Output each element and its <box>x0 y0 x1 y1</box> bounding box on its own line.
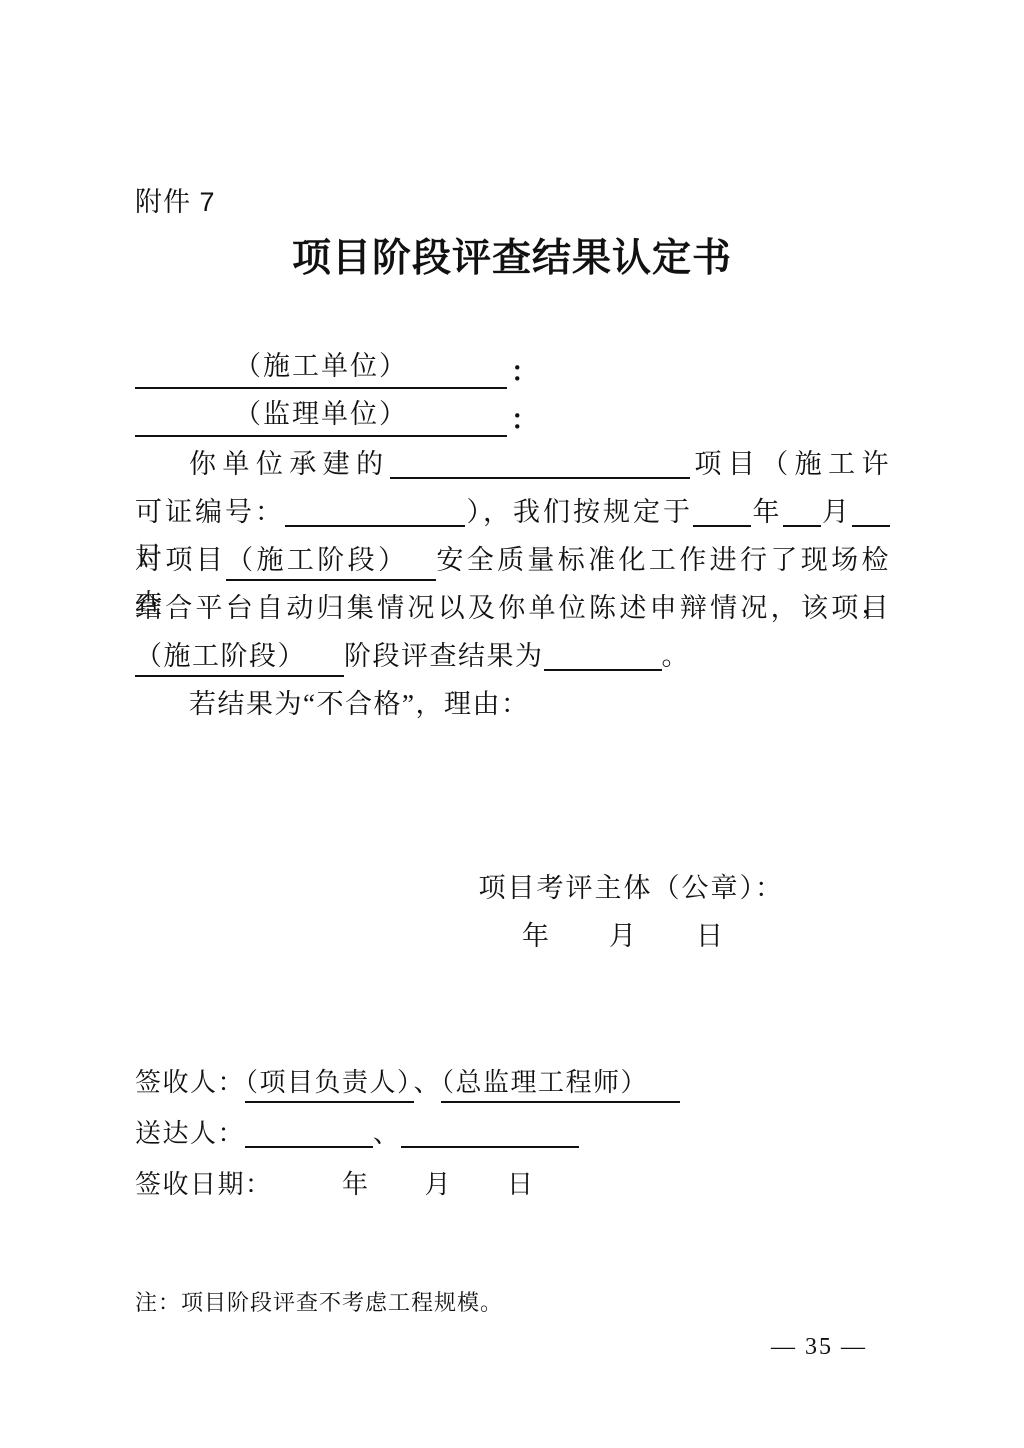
text-run: 你单位承建的 <box>189 449 390 479</box>
text-run: 、 <box>414 1068 442 1097</box>
text-run: 送达人： <box>135 1119 245 1148</box>
document-page: 附件 7 项目阶段评查结果认定书 （施工单位）： （监理单位）： 你单位承建的项… <box>0 0 1024 1448</box>
text-run: 可证编号： <box>135 497 285 527</box>
blank-underline-field <box>852 525 890 527</box>
body-line-4: 结合平台自动归集情况以及你单位陈述申辩情况，该项目 <box>135 586 890 634</box>
body-line-3: 对项目（施工阶段）安全质量标准化工作进行了现场检查， <box>135 538 890 586</box>
text-run: 项目（施工许 <box>690 449 891 479</box>
document-title: 项目阶段评查结果认定书 <box>0 227 1024 283</box>
underlined-placeholder: （项目负责人） <box>245 1068 414 1103</box>
text-run: 阶段评查结果为 <box>344 641 544 671</box>
salutation-supervision-unit: （监理单位）： <box>135 398 540 446</box>
underlined-placeholder: （总监理工程师） <box>441 1068 680 1103</box>
blank-underline-field <box>285 525 465 527</box>
blank-underline-field <box>390 477 690 479</box>
issuer-seal-line: 项目考评主体（公章）： <box>135 868 890 916</box>
text-run: 对项目 <box>135 545 226 575</box>
body-line-1: 你单位承建的项目（施工许 <box>135 442 890 490</box>
receipt-signer-line: 签收人：（项目负责人）、（总监理工程师） <box>135 1062 895 1113</box>
footnote: 注：项目阶段评查不考虑工程规模。 <box>135 1286 503 1317</box>
text-run: 结合平台自动归集情况以及你单位陈述申辩情况，该项目 <box>135 593 890 623</box>
page-number: — 35 — <box>771 1334 867 1361</box>
blank-underline-field <box>693 525 751 527</box>
body-line-5: （施工阶段）阶段评查结果为。 <box>135 634 890 682</box>
receipt-date-line: 签收日期： 年 月 日 <box>135 1164 895 1215</box>
blank-underline-field <box>245 1146 373 1148</box>
body-line-2: 可证编号：），我们按规定于年月日 <box>135 490 890 538</box>
attachment-label: 附件 7 <box>135 180 216 219</box>
salutation-construction-unit: （施工单位）： <box>135 350 540 398</box>
blank-underline-field <box>544 669 662 671</box>
construction-unit-blank-field: （施工单位） <box>135 351 507 389</box>
underlined-placeholder: （施工阶段） <box>226 545 436 581</box>
issuer-date-line: 年 月 日 <box>135 916 890 964</box>
body-paragraph: 你单位承建的项目（施工许 可证编号：），我们按规定于年月日 对项目（施工阶段）安… <box>135 442 890 730</box>
body-line-6-reason: 若结果为“不合格”，理由： <box>135 682 890 730</box>
salutation-block: （施工单位）： （监理单位）： <box>135 350 540 446</box>
text-run: 月 <box>821 497 853 527</box>
signature-block: 项目考评主体（公章）： 年 月 日 <box>135 868 890 964</box>
text-run: 签收日期： 年 月 日 <box>135 1170 535 1199</box>
colon: ： <box>511 357 540 387</box>
underlined-placeholder: （施工阶段） <box>135 641 344 677</box>
text-run: 签收人： <box>135 1068 245 1097</box>
receipt-deliverer-line: 送达人：、 <box>135 1113 895 1164</box>
colon: ： <box>511 405 540 435</box>
text-run: 、 <box>373 1119 401 1148</box>
text-run: 若结果为“不合格”，理由： <box>189 689 529 719</box>
text-run: ），我们按规定于 <box>465 497 693 527</box>
receipt-block: 签收人：（项目负责人）、（总监理工程师） 送达人：、 签收日期： 年 月 日 <box>135 1062 895 1215</box>
blank-underline-field <box>401 1146 579 1148</box>
blank-underline-field <box>783 525 821 527</box>
text-run: 年 <box>751 497 783 527</box>
supervision-unit-blank-field: （监理单位） <box>135 399 507 437</box>
text-run: 。 <box>662 641 691 671</box>
